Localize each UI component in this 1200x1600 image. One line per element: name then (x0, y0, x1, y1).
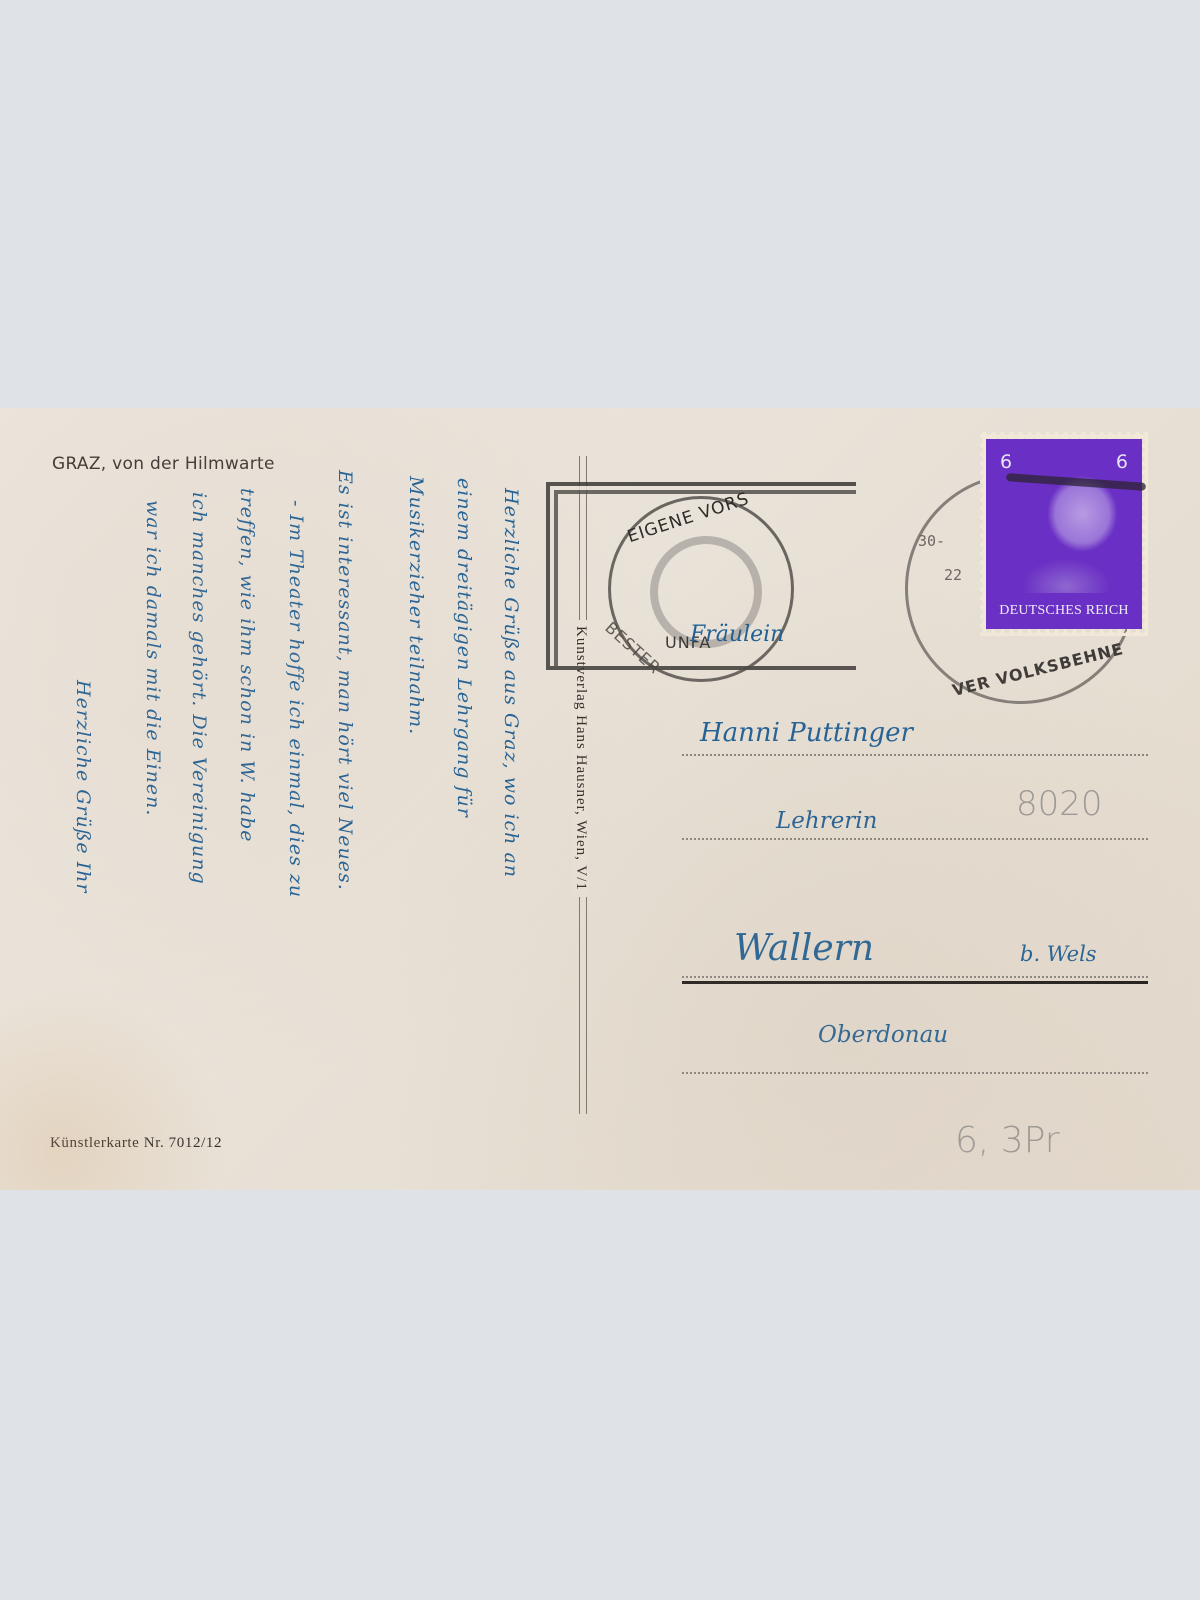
postage-stamp: 6 6 DEUTSCHES REICH (986, 439, 1142, 629)
address-line-3 (682, 976, 1148, 978)
stamp-country: DEUTSCHES REICH (986, 603, 1142, 619)
address-occupation: Lehrerin (776, 808, 877, 834)
message-line-1: Herzliche Grüße aus Graz, wo ich an (500, 488, 522, 878)
address-name: Hanni Puttinger (700, 718, 913, 748)
message-line-7: ich manches gehört. Die Vereinigung (188, 492, 210, 885)
message-line-4: Es ist interessant, man hört viel Neues. (334, 470, 356, 891)
address-line-2 (682, 838, 1148, 840)
address-line-1 (682, 754, 1148, 756)
message-line-2: einem dreitägigen Lehrgang für (453, 478, 475, 818)
message-line-3: Musikerzieher teilnahm. (405, 476, 427, 735)
message-line-6: treffen, wie ihm schon in W. habe (236, 488, 258, 843)
message-signature: Herzliche Grüße Ihr (72, 680, 94, 894)
postcard: GRAZ, von der Hilmwarte Herzliche Grüße … (0, 408, 1200, 1190)
address-salutation: Fräulein (690, 622, 784, 647)
card-number: Künstlerkarte Nr. 7012/12 (50, 1135, 222, 1152)
postmark-date: 30- (918, 532, 945, 550)
address-line-4 (682, 1072, 1148, 1074)
address-town: Wallern (734, 928, 874, 969)
pencil-price-note: 6, 3Pr (955, 1120, 1060, 1161)
postmark-date-2: 22 (944, 566, 962, 584)
address-region: Oberdonau (818, 1022, 948, 1048)
pencil-postal-code: 8020 (1016, 784, 1103, 824)
message-line-8: war ich damals mit die Einen. (142, 500, 164, 816)
address-town-suffix: b. Wels (1020, 942, 1097, 966)
message-line-5: - Im Theater hoffe ich einmal, dies zu (285, 500, 307, 898)
address-line-3-underline (682, 981, 1148, 984)
printed-title: GRAZ, von der Hilmwarte (52, 454, 275, 474)
stamp-value-left: 6 (1000, 451, 1012, 473)
